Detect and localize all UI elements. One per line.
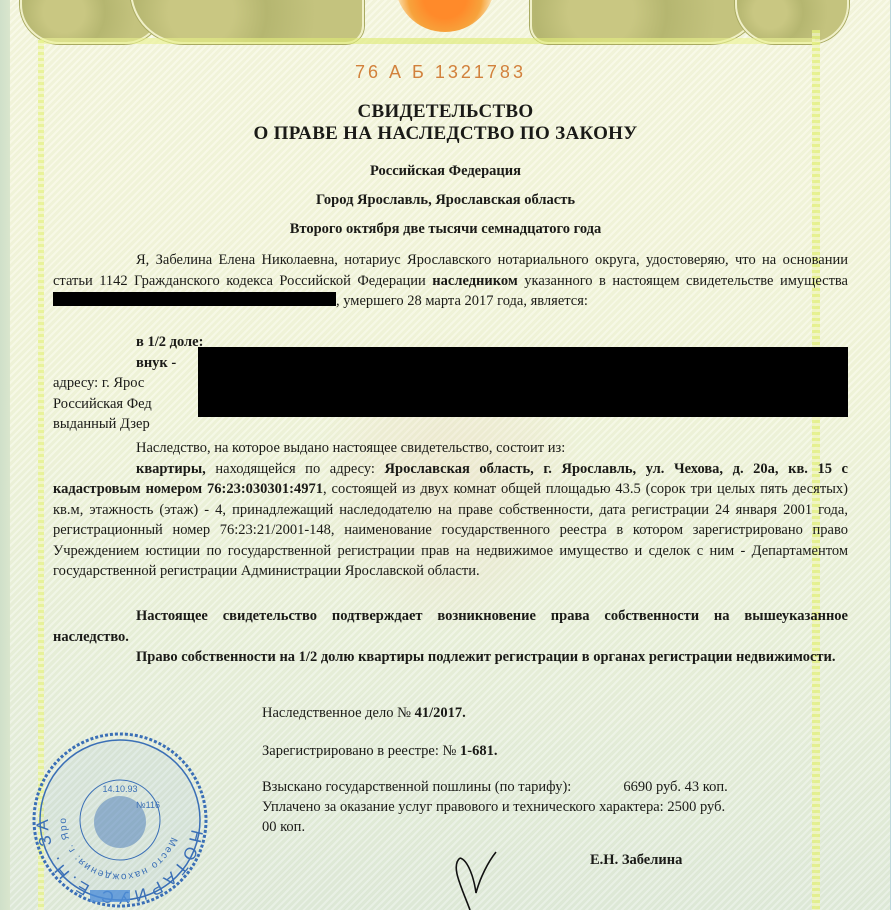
coat-of-arms-emblem [395, 0, 495, 32]
redacted-heir-details [198, 347, 848, 417]
document-title: СВИДЕТЕЛЬСТВО О ПРАВЕ НА НАСЛЕДСТВО ПО З… [0, 101, 891, 145]
duty-label: Взыскано государственной пошлины (по тар… [262, 777, 571, 797]
confirmation-paragraph: Настоящее свидетельство подтверждает воз… [53, 606, 848, 668]
title-line-2: О ПРАВЕ НА НАСЛЕДСТВО ПО ЗАКОНУ [0, 123, 891, 145]
registry-entry: Зарегистрировано в реестре: № 1-681. [262, 741, 497, 761]
estate-paragraph: Наследство, на которое выдано настоящее … [53, 438, 848, 582]
frame-border-top [40, 38, 815, 44]
place: Город Ярославль, Ярославская область [0, 192, 891, 209]
signature [448, 848, 528, 910]
svg-text:№116: №116 [136, 800, 160, 810]
title-line-1: СВИДЕТЕЛЬСТВО [0, 101, 891, 123]
redacted-deceased-name [53, 292, 336, 306]
notary-seal-stamp: НОТАРИУС Е.Н. ЗАБЕЛИНА Место нахождения:… [30, 730, 210, 910]
fees-block: Взыскано государственной пошлины (по тар… [262, 777, 822, 837]
signatory-name: Е.Н. Забелина [590, 852, 682, 869]
issue-date: Второго октября две тысячи семнадцатого … [0, 221, 891, 238]
svg-text:14.10.93: 14.10.93 [102, 784, 137, 794]
heir-passport-fragment: выданный Дзер [53, 414, 848, 435]
intro-paragraph: Я, Забелина Елена Николаевна, нотариус Я… [53, 250, 848, 312]
duty-value: 6690 руб. 43 коп. [623, 777, 727, 797]
country: Российская Федерация [0, 163, 891, 180]
services-fee: Уплачено за оказание услуг правового и т… [262, 797, 822, 817]
estate-heading: Наследство, на которое выдано настоящее … [53, 438, 848, 459]
registration-note: Право собственности на 1/2 долю квартиры… [53, 647, 848, 668]
serial-number: 76 А Б 1321783 [0, 62, 891, 83]
inheritance-case: Наследственное дело № 41/2017. [262, 703, 466, 723]
